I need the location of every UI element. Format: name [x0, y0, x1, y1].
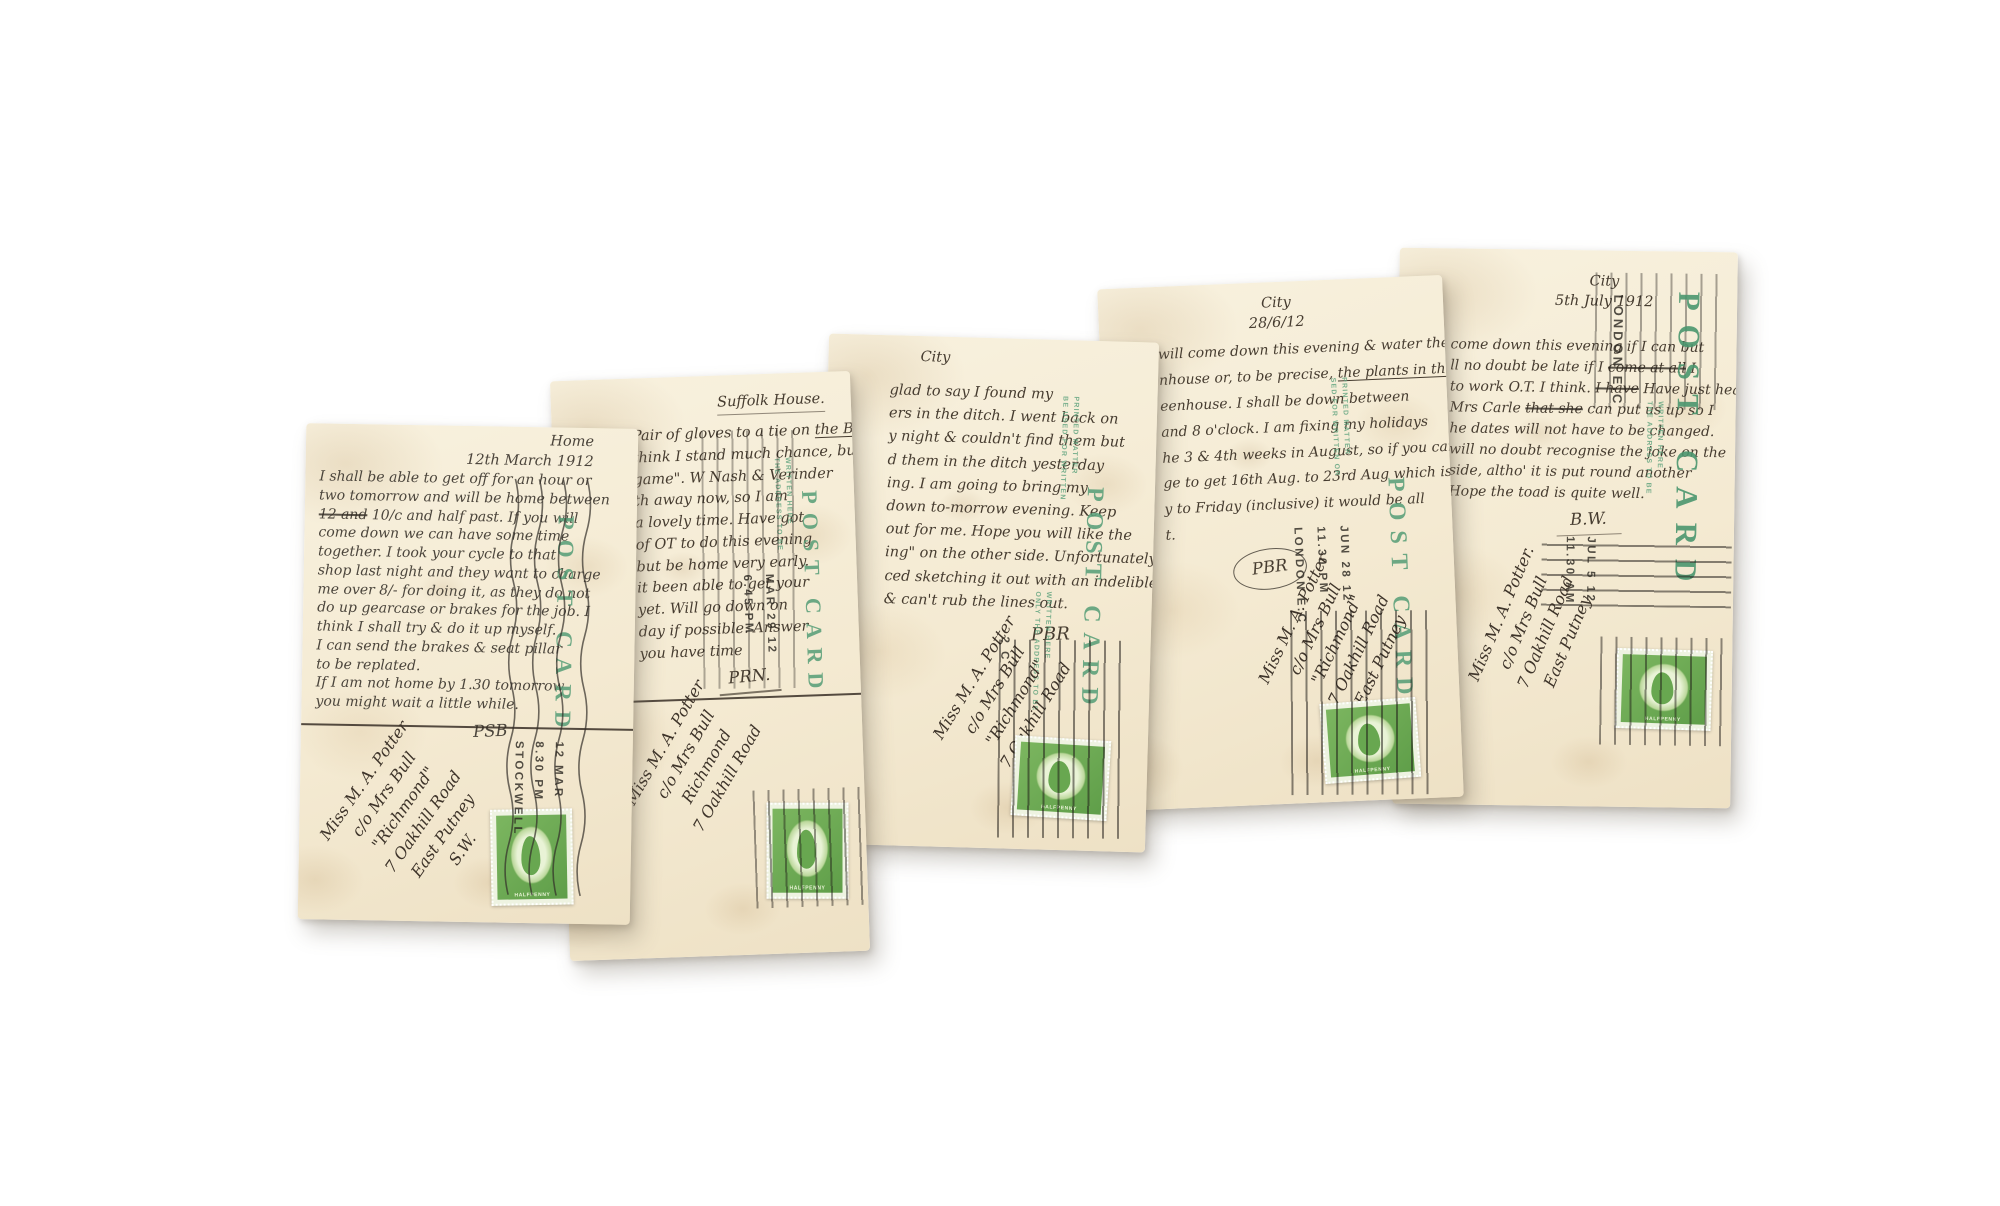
postcards-photo-scene: Home 12th March 1912 I shall be able to … [0, 0, 2000, 1206]
cancellation-bars-over-stamp [1599, 637, 1732, 747]
wavy-cancellation-lines [496, 479, 599, 901]
cancellation-bars-over-stamp [752, 787, 868, 909]
cancellation-bars [1290, 610, 1437, 795]
postcard-3-dateline: City [920, 348, 950, 368]
postmark-line: LONDON E.C [1610, 295, 1627, 407]
printed-instruction-text: BE USED FOR WRITTEN PRINTED MATTER [1059, 396, 1080, 501]
postcard-3: City glad to say I found my ers in the d… [815, 333, 1159, 852]
postcard-4-date: 28/6/12 [1248, 313, 1305, 331]
postcard-1-date: 12th March 1912 [466, 451, 594, 469]
postcard-1-dateline: Home 12th March 1912 [466, 431, 594, 472]
postmark-london-ec: LONDON E.C [1610, 295, 1627, 407]
postmark-date: 6.45 PM MAR 29 12 [741, 574, 778, 656]
printed-instruction-line: BE USED FOR WRITTEN [1059, 396, 1069, 501]
printed-instruction-line: WRITTEN HERE [1655, 401, 1663, 495]
postcard-4-dateline: City 28/6/12 [1248, 293, 1305, 334]
postcard-3-place: City [920, 349, 950, 366]
postcard-1: Home 12th March 1912 I shall be able to … [298, 423, 639, 925]
printed-instruction-text: THE ADDRESS TO BE WRITTEN HERE [1644, 401, 1663, 495]
postcard-4-place: City [1261, 294, 1291, 311]
postcard-5-address: Miss M. A. Potter. c/o Mrs Bull 7 Oakhil… [1448, 508, 1622, 748]
cancellation-bars [997, 639, 1127, 838]
postcard-2-dateline: Suffolk House. [717, 390, 825, 415]
postcard-2-place: Suffolk House. [717, 391, 825, 411]
printed-instruction-line: THE ADDRESS TO BE [1644, 401, 1652, 495]
postcard-1-place: Home [550, 433, 594, 450]
postmark-line: 6.45 PM [741, 574, 755, 635]
